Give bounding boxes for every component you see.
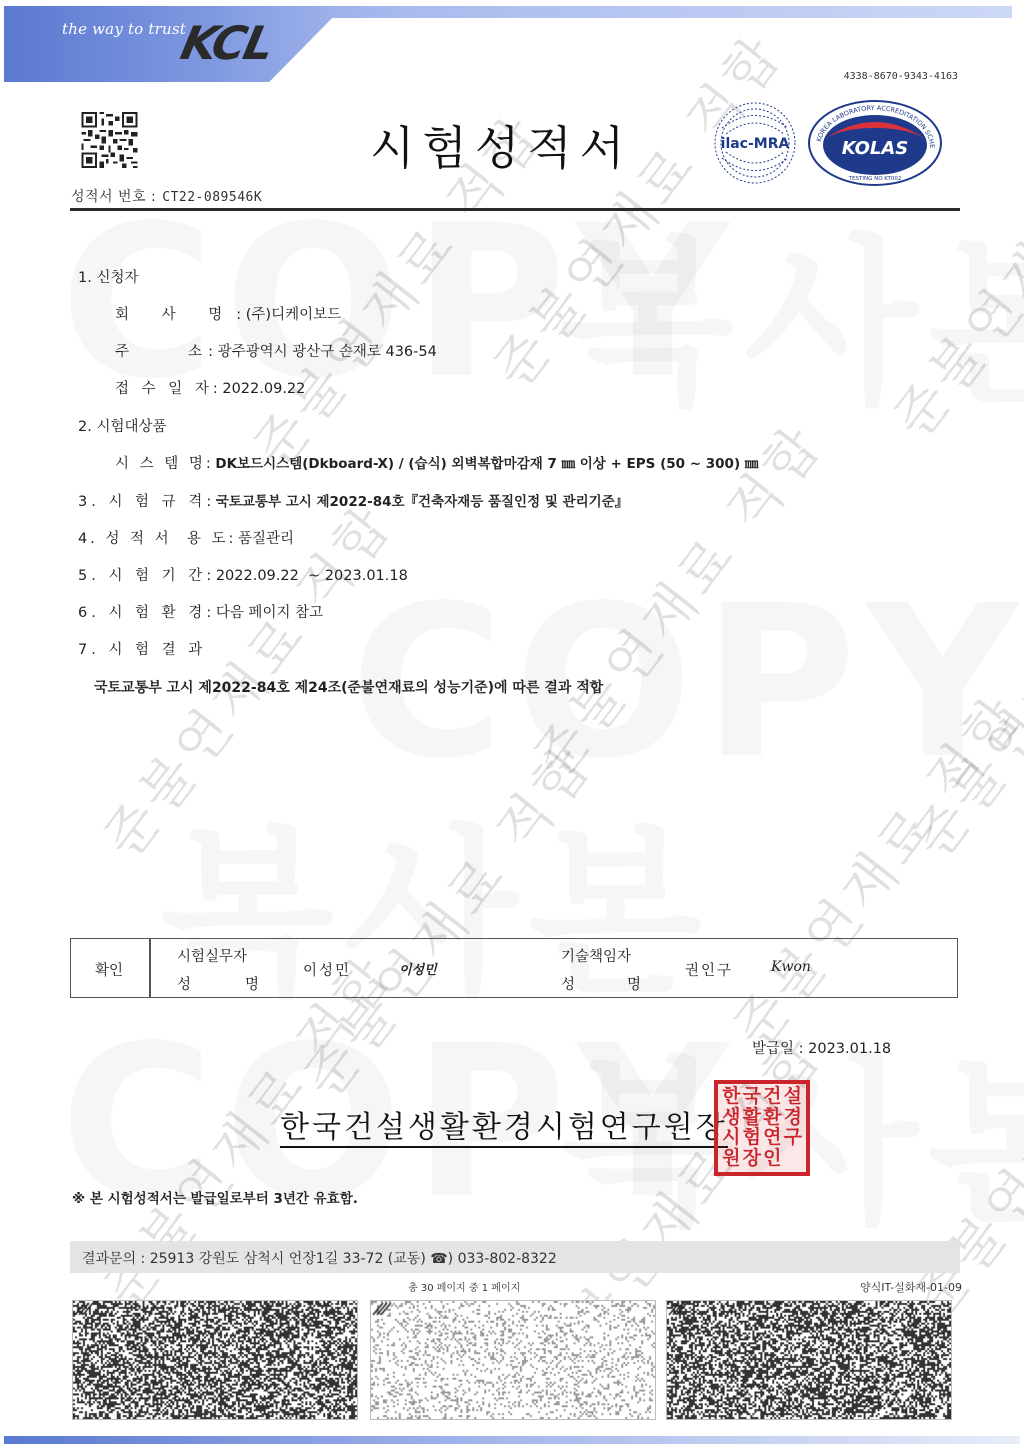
issue-date-value: 2023.01.18 <box>808 1041 891 1057</box>
section-applicant-heading: 1. 신청자 <box>78 266 138 287</box>
manager-signature: Kwon <box>771 959 811 975</box>
kolas-logo-icon: KOREA LABORATORY ACCREDITATION SCHEME KO… <box>806 98 944 188</box>
system-name-label: 시 스 템 명 <box>115 452 206 473</box>
period-row: 5. 시 험 기 간: 2022.09.22 ~ 2023.01.18 <box>78 564 408 585</box>
manager-name: 권인구 <box>685 959 733 980</box>
section-test-item-heading: 2. 시험대상품 <box>78 415 166 436</box>
footer-strip <box>4 1436 1020 1444</box>
issue-date-row: 발급일 : 2023.01.18 <box>752 1037 891 1058</box>
company-value: (주)디케이보드 <box>246 307 341 323</box>
header-divider <box>70 208 960 211</box>
document-id: 4338-8670-9343-4163 <box>844 71 958 82</box>
inquiry-bar: 결과문의 : 25913 강원도 삼척시 언장1길 33-72 (교동) ☎) … <box>70 1241 960 1273</box>
ilac-mra-logo-icon: ilac-MRA <box>712 98 798 188</box>
manager-name-label-2: 명 <box>627 973 641 994</box>
svg-text:ilac-MRA: ilac-MRA <box>721 136 790 152</box>
environment-value: 다음 페이지 참고 <box>216 605 323 621</box>
form-number: 양식IT-실화재-01-09 <box>860 1279 962 1295</box>
validity-note: ※ 본 시험성적서는 발급일로부터 3년간 유효함. <box>72 1187 358 1207</box>
environment-row: 6. 시 험 환 경: 다음 페이지 참고 <box>78 601 323 622</box>
inquiry-text: 결과문의 : 25913 강원도 삼척시 언장1길 33-72 (교동) ☎) … <box>82 1248 557 1268</box>
brand-tagline: the way to trust <box>62 20 186 38</box>
received-date-label: 접 수 일 자 <box>115 377 213 398</box>
signature-table-divider <box>149 939 151 997</box>
system-name-row: 시 스 템 명: DK보드시스템(Dkboard-X) / (습식) 외벽복합마… <box>115 452 758 473</box>
svg-text:KOLAS: KOLAS <box>842 138 908 159</box>
environment-label: 6. 시 험 환 경 <box>78 601 206 622</box>
system-name-value: DK보드시스템(Dkboard-X) / (습식) 외벽복합마감재 7 ㎜ 이상… <box>215 456 758 472</box>
address-row: 주 소: 광주광역시 광산구 손재로 436-54 <box>115 340 437 361</box>
result-label: 7. 시 험 결 과 <box>78 638 206 659</box>
received-date-value: 2022.09.22 <box>222 381 305 397</box>
received-date-row: 접 수 일 자: 2022.09.22 <box>115 377 305 398</box>
issuing-institute: 한국건설생활환경시험연구원장 <box>280 1110 728 1148</box>
document-title: 시험성적서 <box>370 112 632 178</box>
standard-row: 3. 시 험 규 격: 국토교통부 고시 제2022-84호『건축자재등 품질인… <box>78 490 628 511</box>
standard-label: 3. 시 험 규 격 <box>78 490 206 511</box>
svg-text:TESTING NO KT002: TESTING NO KT002 <box>848 176 902 182</box>
tester-name: 이성민 <box>303 959 351 980</box>
company-row: 회 사 명: (주)디케이보드 <box>115 303 341 324</box>
security-barcode-3 <box>666 1300 952 1420</box>
qr-code-icon <box>79 112 140 168</box>
result-heading: 7. 시 험 결 과 <box>78 638 206 659</box>
official-seal-icon: 한 국 건 설 생 활 환 경 시 험 연 구 원 장 인 <box>714 1080 810 1176</box>
banner-wedge <box>4 6 344 82</box>
standard-value: 국토교통부 고시 제2022-84호『건축자재등 품질인정 및 관리기준』 <box>216 494 628 510</box>
address-value: 광주광역시 광산구 손재로 436-54 <box>218 344 437 360</box>
purpose-row: 4. 성 적 서 용 도: 품질관리 <box>78 527 294 548</box>
address-label: 주 소 <box>115 340 208 361</box>
certificate-number-label: 성적서 번호 : <box>71 189 156 205</box>
period-value: 2022.09.22 ~ 2023.01.18 <box>216 568 408 584</box>
company-label: 회 사 명 <box>115 303 236 324</box>
certificate-number: 성적서 번호 :CT22-089546K <box>71 186 262 206</box>
tester-name-label-2: 명 <box>245 973 259 994</box>
issue-date-label: 발급일 : <box>752 1041 804 1057</box>
kcl-logo: KCL <box>176 16 277 70</box>
result-value: 국토교통부 고시 제2022-84호 제24조(준불연재료의 성능기준)에 따른… <box>94 677 603 697</box>
certificate-number-value: CT22-089546K <box>162 190 262 205</box>
security-barcode-2 <box>370 1300 656 1420</box>
purpose-label: 4. 성 적 서 용 도 <box>78 527 229 548</box>
manager-role: 기술책임자 <box>561 945 631 966</box>
tester-signature: 이성민 <box>399 959 437 978</box>
header-banner: the way to trust KCL <box>4 4 1016 80</box>
purpose-value: 품질관리 <box>238 531 294 547</box>
security-barcode-1 <box>72 1300 358 1420</box>
confirm-label: 확인 <box>95 959 123 980</box>
signature-table: 확인 시험실무자 성 명 이성민 이성민 기술책임자 성 명 권인구 Kwon <box>70 938 958 998</box>
tester-name-label-1: 성 <box>177 973 191 994</box>
tester-role: 시험실무자 <box>177 945 247 966</box>
page-indicator: 총 30 페이지 중 1 페이지 <box>408 1279 520 1294</box>
period-label: 5. 시 험 기 간 <box>78 564 206 585</box>
manager-name-label-1: 성 <box>561 973 575 994</box>
